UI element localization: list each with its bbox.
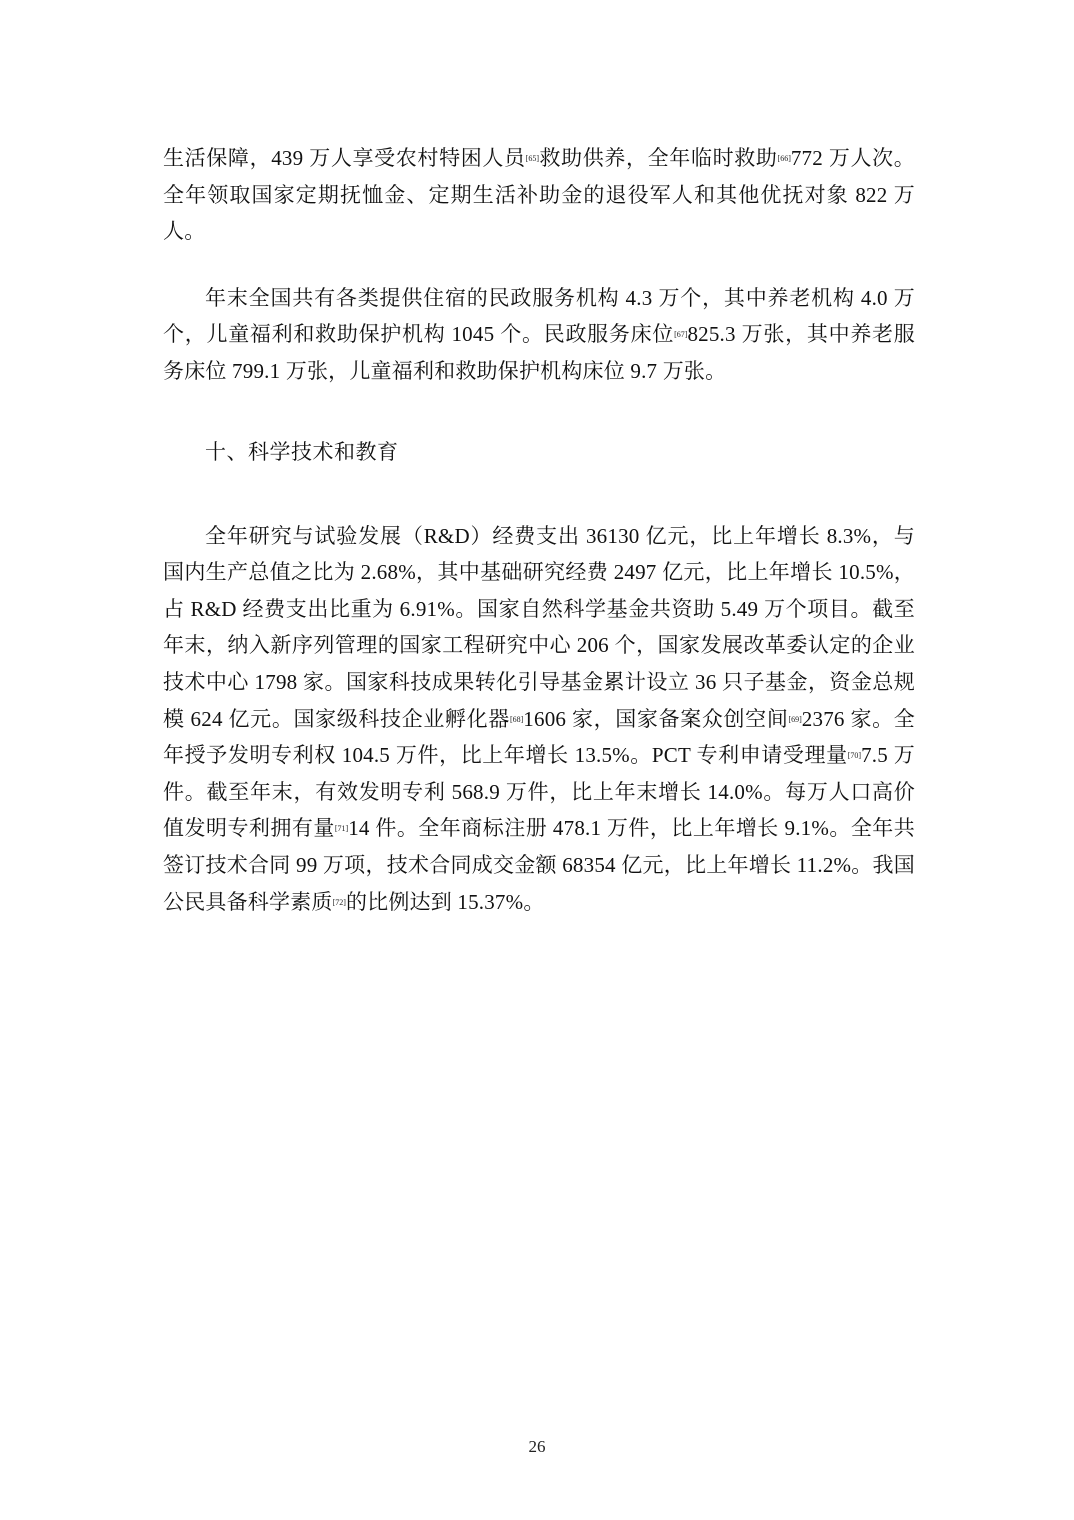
paragraph-social-assistance: 生活保障，439 万人享受农村特困人员[65]救助供养，全年临时救助[66]77…	[163, 140, 915, 250]
footnote-ref-67[interactable]: [67]	[674, 330, 687, 339]
page-content: 生活保障，439 万人享受农村特困人员[65]救助供养，全年临时救助[66]77…	[163, 140, 915, 920]
page-number: 26	[0, 1437, 1074, 1457]
text-segment: 1606 家，国家备案众创空间	[523, 707, 788, 731]
footnote-ref-70[interactable]: [70]	[848, 751, 861, 760]
text-segment: 生活保障，439 万人享受农村特困人员	[163, 146, 526, 170]
footnote-ref-71[interactable]: [71]	[335, 824, 348, 833]
section-heading: 十、科学技术和教育	[163, 434, 915, 470]
footnote-ref-68[interactable]: [68]	[510, 715, 523, 724]
footnote-ref-66[interactable]: [66]	[778, 154, 791, 163]
footnote-ref-65[interactable]: [65]	[526, 154, 539, 163]
footnote-ref-69[interactable]: [69]	[788, 715, 801, 724]
text-segment: 的比例达到 15.37%。	[346, 890, 545, 914]
footnote-ref-72[interactable]: [72]	[333, 898, 346, 907]
paragraph-civil-service-institutions: 年末全国共有各类提供住宿的民政服务机构 4.3 万个，其中养老机构 4.0 万个…	[163, 280, 915, 390]
paragraph-science-technology: 全年研究与试验发展（R&D）经费支出 36130 亿元，比上年增长 8.3%，与…	[163, 518, 915, 921]
text-segment: 救助供养，全年临时救助	[539, 146, 778, 170]
text-segment: 全年研究与试验发展（R&D）经费支出 36130 亿元，比上年增长 8.3%，与…	[163, 524, 915, 731]
